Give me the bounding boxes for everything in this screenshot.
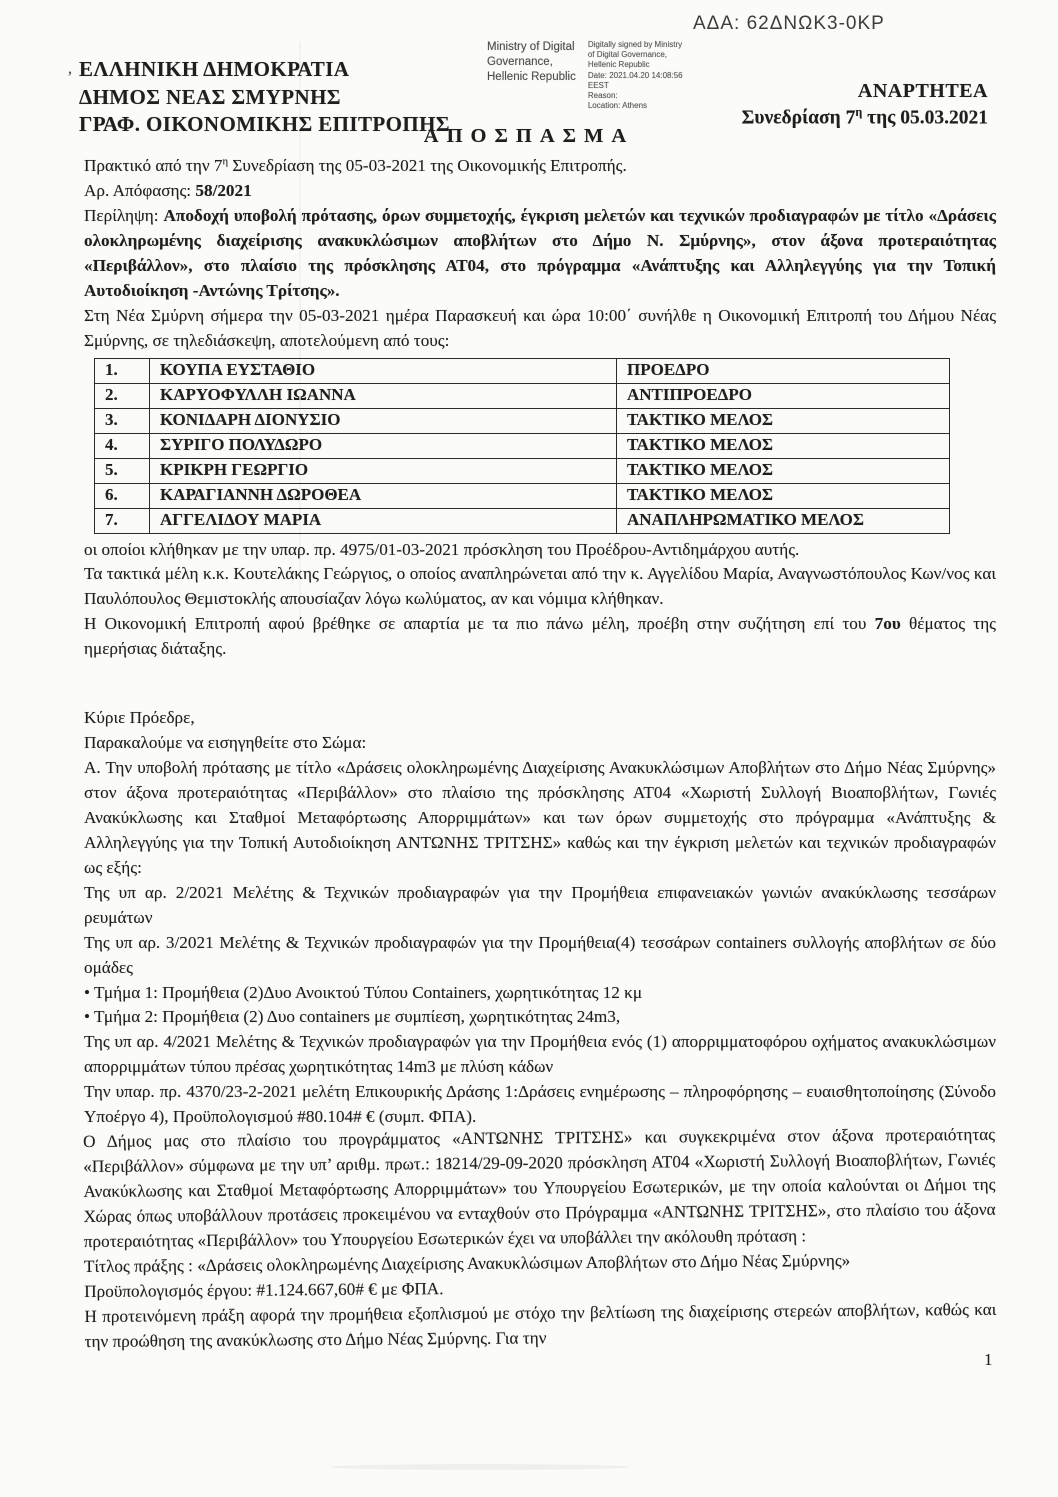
member-name: ΚΟΥΠΑ ΕΥΣΤΑΘΙΟ bbox=[150, 358, 617, 383]
document-title: ΑΠΟΣΠΑΣΜΑ bbox=[0, 125, 1058, 148]
anartitea-label: ΑΝΑΡΤΗΤΕΑ bbox=[742, 80, 988, 103]
program-context-paragraph: Ο Δήμος μας στο πλαίσιο του προγράμματος… bbox=[83, 1123, 996, 1255]
study-3-2021: Της υπ αρ. 3/2021 Μελέτης & Τεχνικών προ… bbox=[84, 931, 996, 981]
request-line: Παρακαλούμε να εισηγηθείτε στο Σώμα: bbox=[84, 731, 996, 756]
program-context-block: Ο Δήμος μας στο πλαίσιο του προγράμματος… bbox=[83, 1123, 997, 1355]
signature-authority-line: Ministry of Digital bbox=[487, 40, 576, 55]
members-table: 1. ΚΟΥΠΑ ΕΥΣΤΑΘΙΟ ΠΡΟΕΔΡΟ 2. ΚΑΡΥΟΦΥΛΛΗ … bbox=[94, 358, 950, 534]
study-2-2021: Της υπ αρ. 2/2021 Μελέτης & Τεχνικών προ… bbox=[84, 881, 996, 931]
table-row: 7. ΑΓΓΕΛΙΔΟΥ ΜΑΡΙΑ ΑΝΑΠΛΗΡΩΜΑΤΙΚΟ ΜΕΛΟΣ bbox=[95, 508, 950, 533]
table-row: 5. ΚΡΙΚΡΗ ΓΕΩΡΓΙΟ ΤΑΚΤΙΚΟ ΜΕΛΟΣ bbox=[95, 458, 950, 483]
member-number: 7. bbox=[95, 508, 150, 533]
member-role: ΤΑΚΤΙΚΟ ΜΕΛΟΣ bbox=[617, 408, 950, 433]
support-action-study: Την υπαρ. πρ. 4370/23-2-2021 μελέτη Επικ… bbox=[84, 1080, 996, 1130]
document-body: Πρακτικό από την 7η Συνεδρίαση της 05-03… bbox=[84, 154, 996, 1355]
member-role: ΤΑΚΤΙΚΟ ΜΕΛΟΣ bbox=[617, 433, 950, 458]
signature-detail-line: Location: Athens bbox=[588, 101, 706, 111]
member-number: 2. bbox=[95, 383, 150, 408]
member-name: ΚΡΙΚΡΗ ΓΕΩΡΓΙΟ bbox=[150, 458, 617, 483]
issuer-line-republic: ΕΛΛΗΝΙΚΗ ΔΗΜΟΚΡΑΤΙΑ bbox=[79, 56, 450, 84]
signature-authority-line: Hellenic Republic bbox=[487, 70, 576, 85]
member-name: ΚΟΝΙΔΑΡΗ ΔΙΟΝΥΣΙΟ bbox=[150, 408, 617, 433]
member-role: ΤΑΚΤΙΚΟ ΜΕΛΟΣ bbox=[617, 483, 950, 508]
member-number: 3. bbox=[95, 408, 150, 433]
member-name: ΑΓΓΕΛΙΔΟΥ ΜΑΡΙΑ bbox=[150, 508, 617, 533]
member-number: 5. bbox=[95, 458, 150, 483]
signature-detail-line: Hellenic Republic bbox=[588, 60, 706, 70]
signature-details: Digitally signed by Ministry of Digital … bbox=[588, 40, 706, 112]
summary-paragraph: Περίληψη: Αποδοχή υποβολή πρότασης, όρων… bbox=[84, 204, 996, 304]
signature-detail-line: Reason: bbox=[588, 91, 706, 101]
table-row: 3. ΚΟΝΙΔΑΡΗ ΔΙΟΝΥΣΙΟ ΤΑΚΤΙΚΟ ΜΕΛΟΣ bbox=[95, 408, 950, 433]
signature-detail-line: Date: 2021.04.20 14:08:56 bbox=[588, 71, 706, 81]
signature-authority: Ministry of Digital Governance, Hellenic… bbox=[487, 40, 576, 112]
signature-detail-line: EEST bbox=[588, 81, 706, 91]
signature-detail-line: Digitally signed by Ministry bbox=[588, 40, 706, 50]
member-number: 4. bbox=[95, 433, 150, 458]
proposal-paragraph: Α. Την υποβολή πρότασης με τίτλο «Δράσει… bbox=[84, 756, 996, 881]
member-name: ΚΑΡΑΓΙΑΝΝΗ ΔΩΡΟΘΕΑ bbox=[150, 483, 617, 508]
page-number: 1 bbox=[984, 1350, 993, 1370]
document-page: ΑΔΑ: 62ΔΝΩΚ3-0ΚΡ , ΕΛΛΗΝΙΚΗ ΔΗΜΟΚΡΑΤΙΑ Δ… bbox=[0, 0, 1058, 1497]
study-4-2021: Της υπ αρ. 4/2021 Μελέτης & Τεχνικών προ… bbox=[84, 1030, 996, 1080]
ada-code: ΑΔΑ: 62ΔΝΩΚ3-0ΚΡ bbox=[693, 13, 885, 35]
minutes-line: Πρακτικό από την 7η Συνεδρίαση της 05-03… bbox=[84, 154, 996, 179]
decision-number: Αρ. Απόφασης: 58/2021 bbox=[84, 179, 996, 204]
digital-signature-stamp: Ministry of Digital Governance, Hellenic… bbox=[487, 40, 706, 112]
table-row: 6. ΚΑΡΑΓΙΑΝΝΗ ΔΩΡΟΘΕΑ ΤΑΚΤΙΚΟ ΜΕΛΟΣ bbox=[95, 483, 950, 508]
salutation: Κύριε Πρόεδρε, bbox=[84, 706, 996, 731]
member-number: 6. bbox=[95, 483, 150, 508]
member-role: ΑΝΤΙΠΡΟΕΔΡΟ bbox=[617, 383, 950, 408]
member-role: ΑΝΑΠΛΗΡΩΜΑΤΙΚΟ ΜΕΛΟΣ bbox=[617, 508, 950, 533]
scan-smudge bbox=[330, 1464, 630, 1470]
member-name: ΚΑΡΥΟΦΥΛΛΗ ΙΩΑΝΝΑ bbox=[150, 383, 617, 408]
posting-block: ΑΝΑΡΤΗΤΕΑ Συνεδρίαση 7η της 05.03.2021 bbox=[742, 80, 988, 130]
quorum-note: Η Οικονομική Επιτροπή αφού βρέθηκε σε απ… bbox=[84, 612, 996, 662]
table-row: 1. ΚΟΥΠΑ ΕΥΣΤΑΘΙΟ ΠΡΟΕΔΡΟ bbox=[95, 358, 950, 383]
member-name: ΣΥΡΙΓΟ ΠΟΛΥΔΩΡΟ bbox=[150, 433, 617, 458]
signature-authority-line: Governance, bbox=[487, 55, 576, 70]
member-role: ΤΑΚΤΙΚΟ ΜΕΛΟΣ bbox=[617, 458, 950, 483]
table-row: 2. ΚΑΡΥΟΦΥΛΛΗ ΙΩΑΝΝΑ ΑΝΤΙΠΡΟΕΔΡΟ bbox=[95, 383, 950, 408]
issuer-line-municipality: ΔΗΜΟΣ ΝΕΑΣ ΣΜΥΡΝΗΣ bbox=[79, 84, 450, 112]
scan-artifact: , bbox=[68, 60, 72, 78]
member-role: ΠΡΟΕΔΡΟ bbox=[617, 358, 950, 383]
table-row: 4. ΣΥΡΙΓΟ ΠΟΛΥΔΩΡΟ ΤΑΚΤΙΚΟ ΜΕΛΟΣ bbox=[95, 433, 950, 458]
tmima-2-bullet: • Τμήμα 2: Προμήθεια (2) Δυο containers … bbox=[84, 1005, 996, 1030]
scan-crease bbox=[299, 42, 301, 617]
session-opening: Στη Νέα Σμύρνη σήμερα την 05-03-2021 ημέ… bbox=[84, 304, 996, 354]
member-number: 1. bbox=[95, 358, 150, 383]
absent-members-note: Τα τακτικά μέλη κ.κ. Κουτελάκης Γεώργιος… bbox=[84, 562, 996, 612]
attendees-note: οι οποίοι κλήθηκαν με την υπαρ. πρ. 4975… bbox=[84, 538, 996, 563]
tmima-1-bullet: • Τμήμα 1: Προμήθεια (2)Δυο Ανοικτού Τύπ… bbox=[84, 981, 996, 1006]
signature-detail-line: of Digital Governance, bbox=[588, 50, 706, 60]
proposed-action-paragraph: Η προτεινόμενη πράξη αφορά την προμήθεια… bbox=[84, 1298, 996, 1355]
